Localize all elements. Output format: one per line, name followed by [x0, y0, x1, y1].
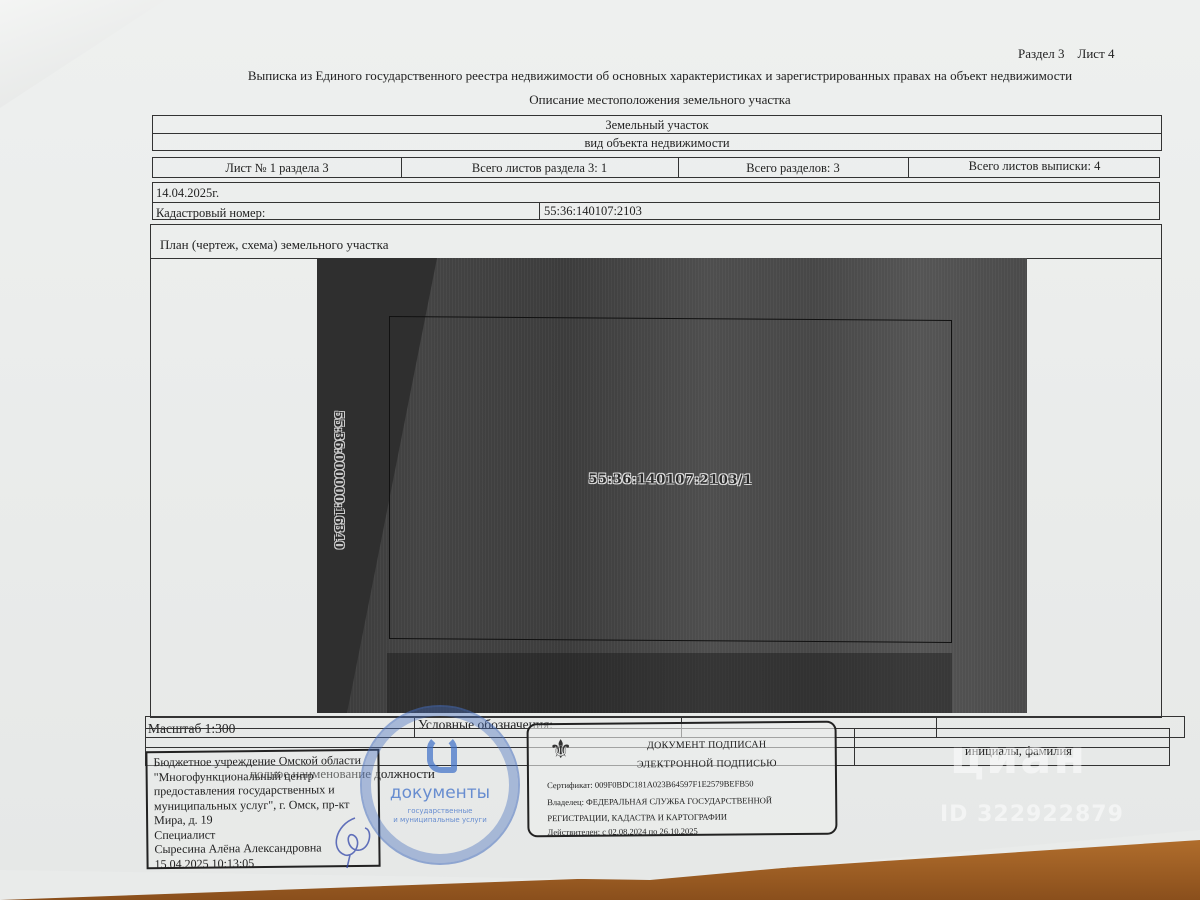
object-type-table: Земельный участок вид объекта недвижимос… — [152, 115, 1162, 151]
stamp-tagline-line: государственные — [362, 807, 518, 816]
parcel-plan-drawing: 55:36:140107:2103/1 55:36:000000:16340 — [317, 258, 1027, 713]
drawing-shadow-strip — [387, 653, 952, 713]
object-type-caption: вид объекта недвижимости — [153, 137, 1161, 150]
signature-title: ДОКУМЕНТ ПОДПИСАН — [589, 739, 825, 752]
sheets-total: Всего листов выписки: 4 — [908, 160, 1161, 173]
certificate-owner: Владелец: ФЕДЕРАЛЬНАЯ СЛУЖБА ГОСУДАРСТВЕ… — [547, 795, 772, 807]
signature-subtitle: ЭЛЕКТРОННОЙ ПОДПИСЬЮ — [589, 758, 825, 771]
cadastral-number: 55:36:140107:2103 — [544, 205, 642, 218]
document-subtitle: Описание местоположения земельного участ… — [150, 92, 1170, 108]
sections-total: Всего разделов: 3 — [678, 162, 908, 175]
document-title: Выписка из Единого государственного реес… — [150, 68, 1170, 84]
row-divider — [153, 133, 1161, 134]
handwritten-signature-icon — [325, 810, 385, 870]
row-divider — [153, 202, 1159, 203]
coat-of-arms-icon: ⚜ — [547, 733, 575, 767]
extract-date: 14.04.2025г. — [156, 187, 219, 200]
mfc-logo-icon — [427, 735, 457, 773]
sheet-info-table: Лист № 1 раздела 3 Всего листов раздела … — [152, 157, 1160, 178]
sheets-in-section: Всего листов раздела 3: 1 — [401, 162, 678, 175]
initials-caption: инициалы, фамилия — [965, 744, 1072, 759]
neighbor-parcel-label: 55:36:000000:16340 — [332, 411, 346, 550]
certificate-owner-cont: РЕГИСТРАЦИИ, КАДАСТРА И КАРТОГРАФИИ — [547, 812, 727, 824]
stamp-tagline: государственные и муниципальные услуги — [362, 807, 518, 825]
column-divider — [539, 202, 540, 219]
plan-title: План (чертеж, схема) земельного участка — [160, 238, 388, 251]
stamp-brand: документы — [362, 783, 518, 803]
organization-line: Бюджетное учреждение Омской области — [153, 753, 371, 770]
section-sheet-reference: Раздел 3 Лист 4 — [1018, 46, 1115, 62]
object-type: Земельный участок — [153, 119, 1161, 132]
stamp-tagline-line: и муниципальные услуги — [362, 816, 518, 825]
sheet-number: Лист № 1 раздела 3 — [153, 162, 401, 175]
electronic-signature-block: ⚜ ДОКУМЕНТ ПОДПИСАН ЭЛЕКТРОННОЙ ПОДПИСЬЮ… — [527, 721, 838, 838]
parcel-boundary: 55:36:140107:2103/1 — [389, 316, 952, 643]
cadastral-number-label: Кадастровый номер: — [156, 207, 265, 220]
certificate-number: Сертификат: 009F0BDC181A023B64597F1E2579… — [547, 778, 754, 790]
cadastral-table: 14.04.2025г. Кадастровый номер: 55:36:14… — [152, 182, 1160, 220]
parcel-label: 55:36:140107:2103/1 — [588, 471, 752, 487]
certificate-validity: Действителен: с 02.08.2024 по 26.10.2025 — [547, 826, 697, 837]
column-divider — [854, 729, 855, 765]
